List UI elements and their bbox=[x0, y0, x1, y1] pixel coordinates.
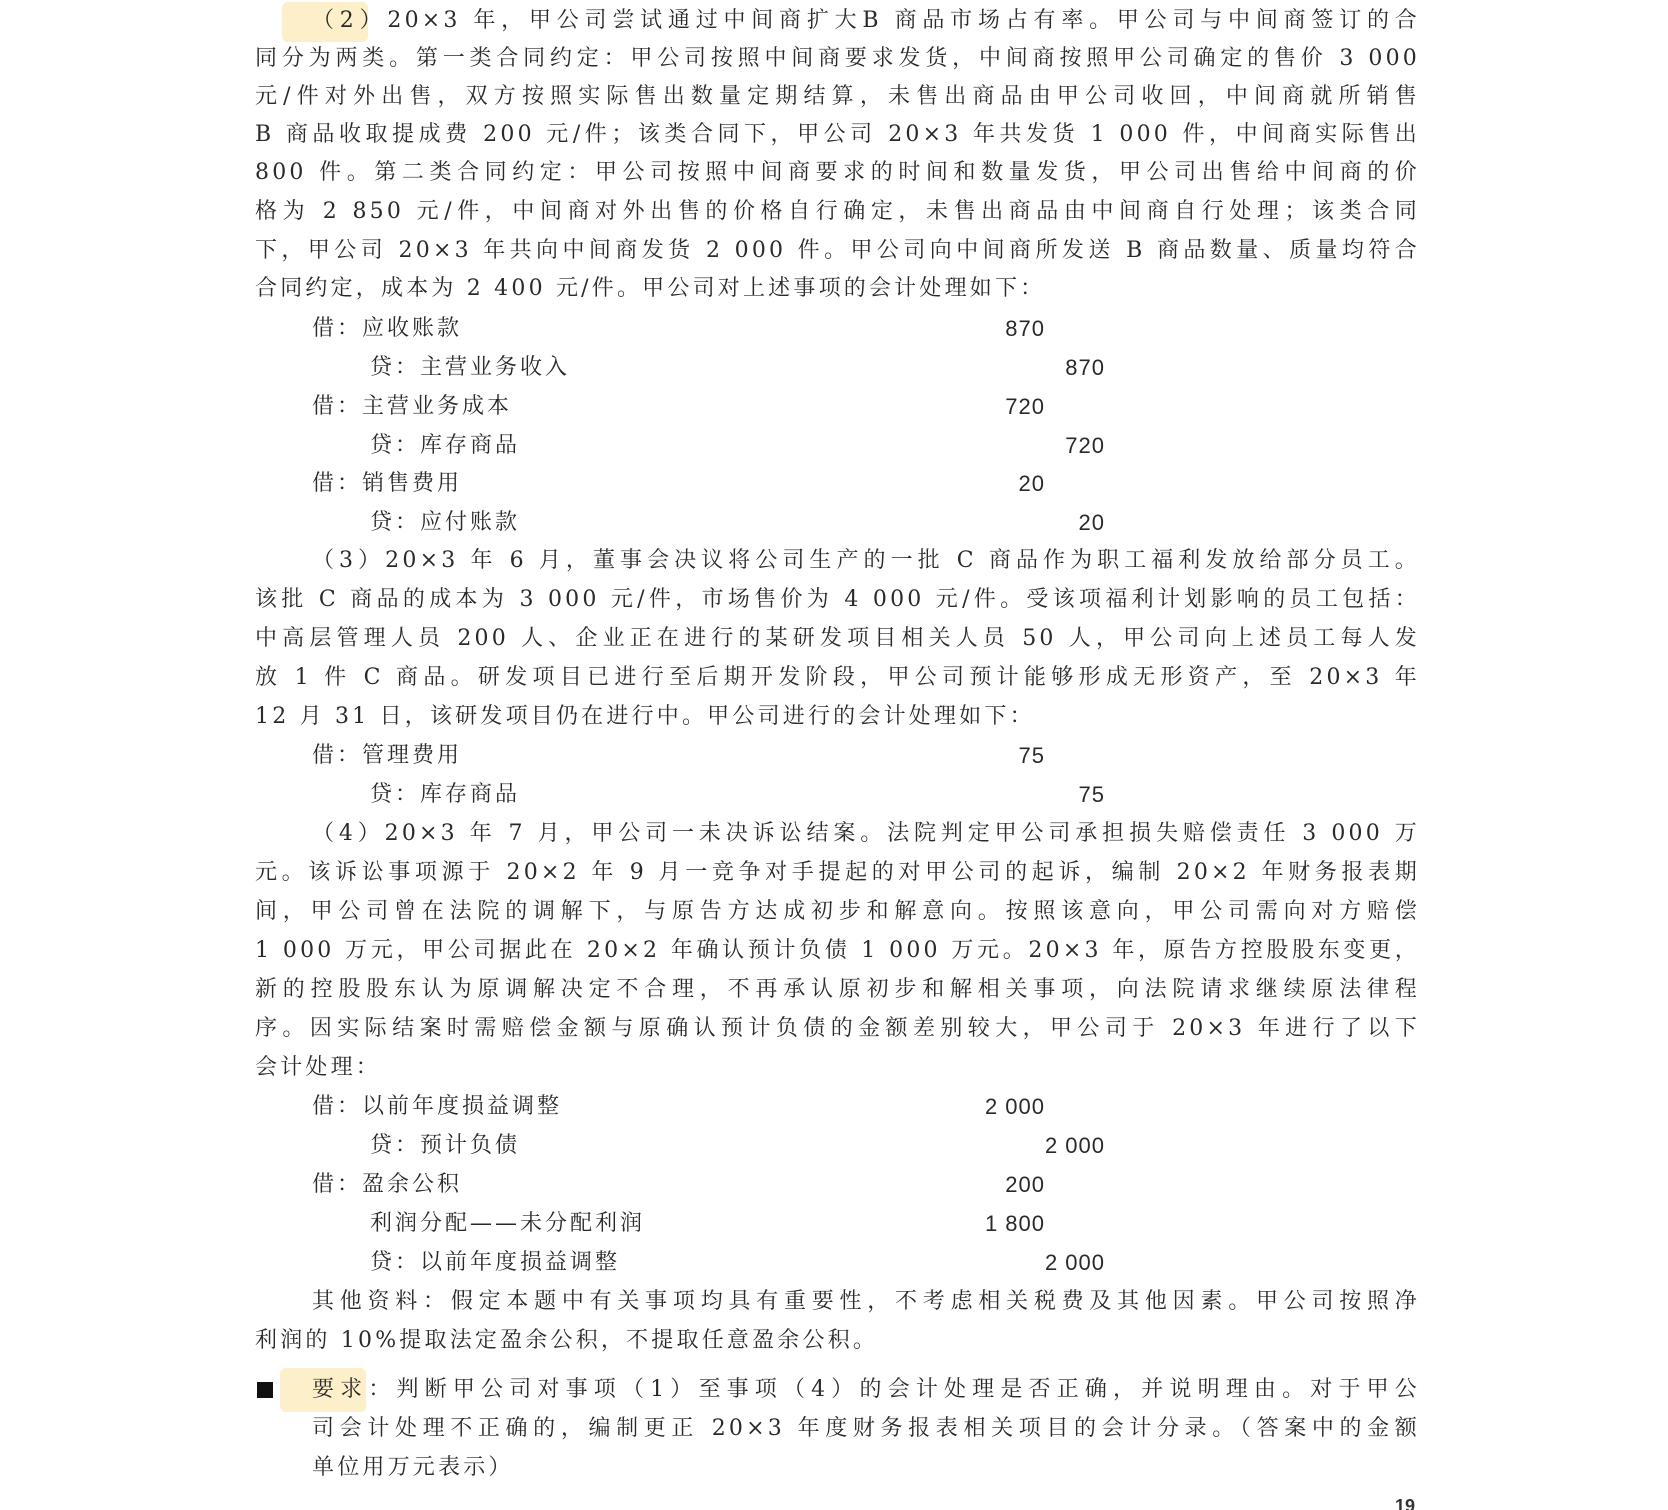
p4-line: 间，甲公司曾在法院的调解下，与原告方达成初步和解意向。按照该意向，甲公司需向对方… bbox=[255, 897, 1420, 927]
document-page: （2）20×3 年，甲公司尝试通过中间商扩大B 商品市场占有率。甲公司与中间商签… bbox=[0, 0, 1668, 1510]
p2-line: 元/件对外出售，双方按照实际售出数量定期结算，未售出商品由甲公司收回，中间商就所… bbox=[255, 82, 1420, 112]
journal-entry-label: 借：盈余公积 bbox=[312, 1170, 462, 1200]
p4-line: 序。因实际结案时需赔偿金额与原确认预计负债的金额差别较大，甲公司于 20×3 年… bbox=[255, 1014, 1420, 1044]
journal-entry-label: 借：管理费用 bbox=[312, 741, 462, 771]
bullet-square-icon bbox=[257, 1382, 273, 1398]
journal-entry-label: 借：应收账款 bbox=[312, 314, 462, 344]
journal-credit-amount: 2 000 bbox=[985, 1248, 1105, 1278]
p2-line: （2）20×3 年，甲公司尝试通过中间商扩大B 商品市场占有率。甲公司与中间商签… bbox=[312, 6, 1420, 36]
p2-line: 格为 2 850 元/件，中间商对外出售的价格自行确定，未售出商品由中间商自行处… bbox=[255, 197, 1420, 227]
journal-entry-label: 贷：库存商品 bbox=[370, 431, 520, 461]
other-info-line: 其他资料：假定本题中有关事项均具有重要性，不考虑相关税费及其他因素。甲公司按照净 bbox=[312, 1287, 1420, 1317]
page-number: 19 bbox=[1395, 1496, 1415, 1510]
journal-credit-amount: 720 bbox=[985, 431, 1105, 461]
p2-line: 同分为两类。第一类合同约定：甲公司按照中间商要求发货，中间商按照甲公司确定的售价… bbox=[255, 44, 1420, 74]
p3-line: 该批 C 商品的成本为 3 000 元/件，市场售价为 4 000 元/件。受该… bbox=[255, 585, 1420, 615]
journal-debit-amount: 870 bbox=[925, 314, 1045, 344]
p3-line: （3）20×3 年 6 月，董事会决议将公司生产的一批 C 商品作为职工福利发放… bbox=[312, 546, 1420, 576]
requirement-line: 单位用万元表示） bbox=[312, 1453, 1420, 1483]
journal-entry-label: 贷：库存商品 bbox=[370, 780, 520, 810]
p2-line: 800 件。第二类合同约定：甲公司按照中间商要求的时间和数量发货，甲公司出售给中… bbox=[255, 158, 1420, 188]
journal-entry-label: 贷：主营业务收入 bbox=[370, 353, 570, 383]
other-info-line: 利润的 10%提取法定盈余公积，不提取任意盈余公积。 bbox=[255, 1326, 1420, 1356]
journal-debit-amount: 1 800 bbox=[925, 1209, 1045, 1239]
journal-entry-label: 贷：应付账款 bbox=[370, 508, 520, 538]
journal-credit-amount: 2 000 bbox=[985, 1131, 1105, 1161]
p3-line: 12 月 31 日，该研发项目仍在进行中。甲公司进行的会计处理如下： bbox=[255, 702, 1420, 732]
journal-credit-amount: 870 bbox=[985, 353, 1105, 383]
journal-debit-amount: 2 000 bbox=[925, 1092, 1045, 1122]
p2-line: 合同约定，成本为 2 400 元/件。甲公司对上述事项的会计处理如下： bbox=[255, 274, 1420, 304]
journal-debit-amount: 20 bbox=[925, 469, 1045, 499]
p2-line: B 商品收取提成费 200 元/件；该类合同下，甲公司 20×3 年共发货 1 … bbox=[255, 120, 1420, 150]
p4-line: 元。该诉讼事项源于 20×2 年 9 月一竞争对手提起的对甲公司的起诉，编制 2… bbox=[255, 858, 1420, 888]
requirement-line: 司会计处理不正确的，编制更正 20×3 年度财务报表相关项目的会计分录。（答案中… bbox=[312, 1414, 1420, 1444]
journal-credit-amount: 75 bbox=[985, 780, 1105, 810]
journal-entry-label: 借：销售费用 bbox=[312, 469, 462, 499]
p4-line: 会计处理： bbox=[255, 1053, 1420, 1083]
p4-line: 新的控股股东认为原调解决定不合理，不再承认原初步和解相关事项，向法院请求继续原法… bbox=[255, 975, 1420, 1005]
requirement-line: 要求：判断甲公司对事项（1）至事项（4）的会计处理是否正确，并说明理由。对于甲公 bbox=[312, 1375, 1420, 1405]
journal-entry-label: 借：以前年度损益调整 bbox=[312, 1092, 562, 1122]
journal-entry-label: 借：主营业务成本 bbox=[312, 392, 512, 422]
journal-entry-label: 贷：预计负债 bbox=[370, 1131, 520, 1161]
p3-line: 中高层管理人员 200 人、企业正在进行的某研发项目相关人员 50 人，甲公司向… bbox=[255, 624, 1420, 654]
journal-entry-label: 贷：以前年度损益调整 bbox=[370, 1248, 620, 1278]
p4-line: （4）20×3 年 7 月，甲公司一未决诉讼结案。法院判定甲公司承担损失赔偿责任… bbox=[312, 819, 1420, 849]
journal-debit-amount: 75 bbox=[925, 741, 1045, 771]
journal-credit-amount: 20 bbox=[985, 508, 1105, 538]
journal-debit-amount: 720 bbox=[925, 392, 1045, 422]
p4-line: 1 000 万元，甲公司据此在 20×2 年确认预计负债 1 000 万元。20… bbox=[255, 936, 1420, 966]
p2-line: 下，甲公司 20×3 年共向中间商发货 2 000 件。甲公司向中间商所发送 B… bbox=[255, 236, 1420, 266]
p3-line: 放 1 件 C 商品。研发项目已进行至后期开发阶段，甲公司预计能够形成无形资产，… bbox=[255, 663, 1420, 693]
journal-debit-amount: 200 bbox=[925, 1170, 1045, 1200]
journal-entry-label: 利润分配——未分配利润 bbox=[370, 1209, 645, 1239]
